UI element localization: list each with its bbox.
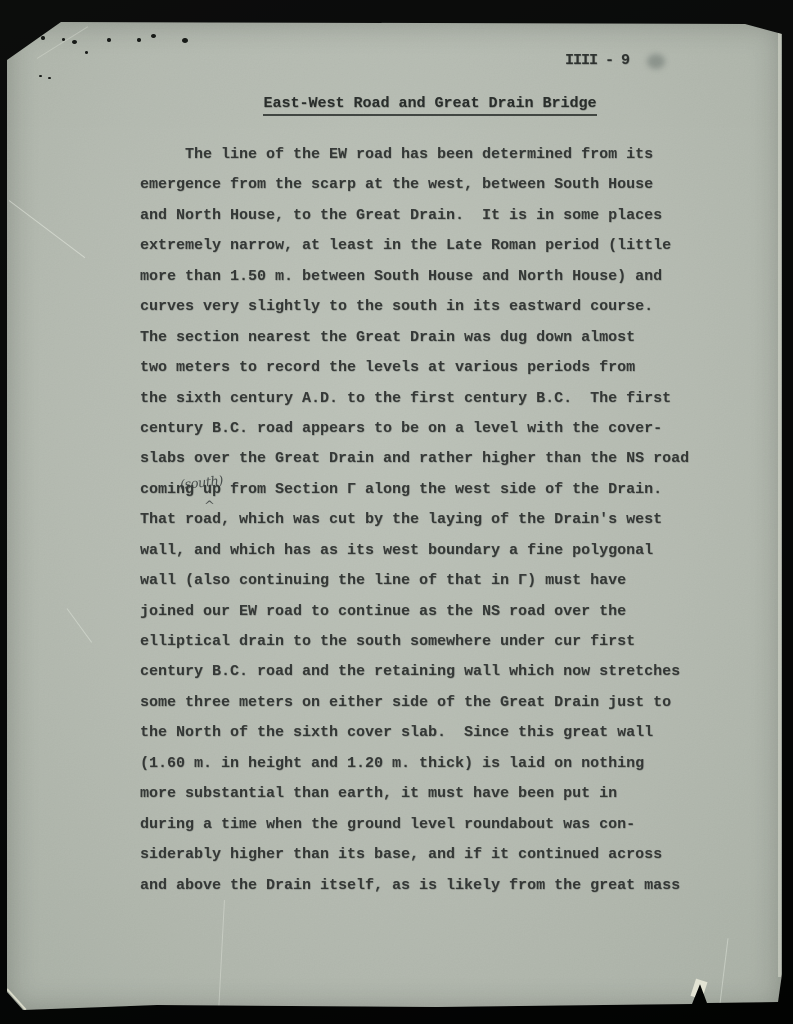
body-line: elliptical drain to the south somewhere … — [140, 627, 740, 657]
body-line: The line of the EW road has been determi… — [140, 140, 740, 170]
body-line: curves very slightly to the south in its… — [140, 292, 740, 322]
body-line: and above the Drain itself, as is likely… — [140, 871, 740, 901]
page-number: IIII - 9 — [565, 52, 629, 69]
body-line: slabs over the Great Drain and rather hi… — [140, 444, 740, 474]
insertion-caret: ^ — [204, 492, 215, 522]
body-line: (1.60 m. in height and 1.20 m. thick) is… — [140, 749, 740, 779]
paper-smudge — [647, 54, 665, 69]
handwritten-annotation: (south) — [179, 467, 225, 502]
ink-speck — [182, 38, 188, 43]
body-line: during a time when the ground level roun… — [140, 810, 740, 840]
body-line: emergence from the scarp at the west, be… — [140, 170, 740, 200]
ink-speck — [151, 34, 156, 38]
body-line: coming up from Section Γ along the west … — [140, 475, 740, 505]
body-line: siderably higher than its base, and if i… — [140, 840, 740, 870]
body-line: more substantial than earth, it must hav… — [140, 779, 740, 809]
ink-speck — [72, 40, 77, 44]
body-line: The section nearest the Great Drain was … — [140, 323, 740, 353]
torn-edge-highlight — [691, 979, 708, 1000]
ink-speck — [39, 75, 42, 77]
body-line: century B.C. road appears to be on a lev… — [140, 414, 740, 444]
ink-speck — [137, 38, 141, 42]
body-line: century B.C. road and the retaining wall… — [140, 657, 740, 687]
body-line: and North House, to the Great Drain. It … — [140, 201, 740, 231]
ink-speck — [107, 38, 111, 42]
body-line: joined our EW road to continue as the NS… — [140, 597, 740, 627]
ink-speck — [48, 77, 51, 79]
paper-crease — [718, 938, 728, 1012]
paper-crease — [37, 26, 88, 59]
paper-crease — [67, 608, 92, 643]
body-line: more than 1.50 m. between South House an… — [140, 262, 740, 292]
body-line: the North of the sixth cover slab. Since… — [140, 718, 740, 748]
corner-cut-highlight — [6, 988, 26, 1010]
body-line: wall (also continuing the line of that i… — [140, 566, 740, 596]
ink-speck — [41, 36, 45, 40]
document-page: IIII - 9 East-West Road and Great Drain … — [7, 22, 782, 1010]
paper-crease — [9, 200, 85, 258]
ink-speck — [85, 51, 88, 54]
document-title: East-West Road and Great Drain Bridge — [263, 95, 596, 116]
body-line: wall, and which has as its west boundary… — [140, 536, 740, 566]
document-body: (south) ^ The line of the EW road has be… — [140, 140, 740, 901]
scanned-page-background: IIII - 9 East-West Road and Great Drain … — [0, 0, 793, 1024]
body-line: extremely narrow, at least in the Late R… — [140, 231, 740, 261]
title-row: East-West Road and Great Drain Bridge — [140, 94, 720, 116]
ink-speck — [62, 38, 65, 41]
paper-edge-highlight — [778, 32, 781, 977]
body-line: two meters to record the levels at vario… — [140, 353, 740, 383]
body-line: the sixth century A.D. to the first cent… — [140, 384, 740, 414]
paper-crease — [218, 900, 225, 1012]
body-line: some three meters on either side of the … — [140, 688, 740, 718]
body-line: That road, which was cut by the laying o… — [140, 505, 740, 535]
